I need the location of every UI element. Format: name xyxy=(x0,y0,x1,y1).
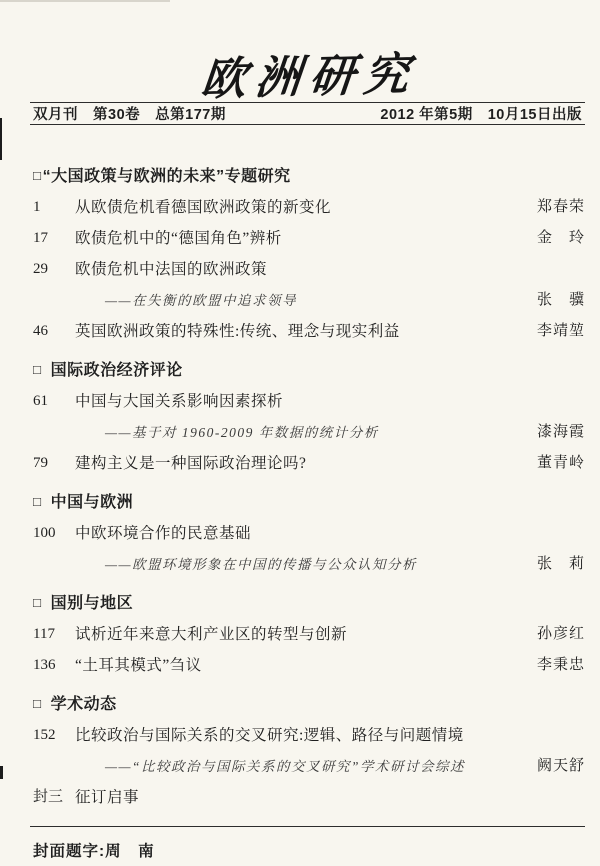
article-author: 董青岭 xyxy=(537,448,585,479)
section-heading: □学术动态 xyxy=(33,689,585,720)
article-author: 金 玲 xyxy=(537,223,585,254)
article-subtitle: ——基于对 1960-2009 年数据的统计分析 xyxy=(75,417,537,448)
toc-entry: 17 欧债危机中的“德国角色”辨析 金 玲 xyxy=(33,223,585,254)
article-title: 欧债危机中法国的欧洲政策 xyxy=(75,254,585,285)
toc-entry: 100 中欧环境合作的民意基础 xyxy=(33,518,585,549)
page-number: 17 xyxy=(33,223,75,254)
toc-entry: 152 比较政治与国际关系的交叉研究:逻辑、路径与问题情境 xyxy=(33,720,585,751)
journal-title: 欧洲研究 xyxy=(199,37,422,108)
page-number-spacer xyxy=(33,417,75,448)
section-title: 国际政治经济评论 xyxy=(51,362,183,379)
page-number: 封三 xyxy=(33,782,75,813)
page-number: 100 xyxy=(33,518,75,549)
article-title: 比较政治与国际关系的交叉研究:逻辑、路径与问题情境 xyxy=(75,720,585,751)
section-title: 学术动态 xyxy=(51,696,117,713)
cover-calligraphy-credit: 封面题字:周 南 xyxy=(33,839,585,861)
footer-rule xyxy=(30,826,585,827)
article-title: 建构主义是一种国际政治理论吗? xyxy=(75,448,537,479)
article-author: 张 莉 xyxy=(537,549,585,580)
section-box-icon: □ xyxy=(33,160,42,191)
masthead: 欧洲研究 xyxy=(0,0,600,102)
table-of-contents: □“大国政策与欧洲的未来”专题研究 1 从欧债危机看德国欧洲政策的新变化 郑春荣… xyxy=(33,161,585,813)
article-title: 试析近年来意大利产业区的转型与创新 xyxy=(75,619,537,650)
toc-entry: 117 试析近年来意大利产业区的转型与创新 孙彦红 xyxy=(33,619,585,650)
toc-entry-subtitle: ——基于对 1960-2009 年数据的统计分析 漆海霞 xyxy=(33,417,585,448)
article-subtitle: ——“比较政治与国际关系的交叉研究”学术研讨会综述 xyxy=(75,751,537,782)
page-number: 61 xyxy=(33,386,75,417)
article-author: 漆海霞 xyxy=(537,417,585,448)
section-heading: □“大国政策与欧洲的未来”专题研究 xyxy=(33,161,585,192)
section-box-icon: □ xyxy=(33,688,42,719)
article-subtitle: ——在失衡的欧盟中追求领导 xyxy=(75,285,537,316)
section-title: 国别与地区 xyxy=(51,595,134,612)
page-number-spacer xyxy=(33,285,75,316)
toc-entry: 61 中国与大国关系影响因素探析 xyxy=(33,386,585,417)
article-author: 孙彦红 xyxy=(537,619,585,650)
toc-entry: 136 “土耳其模式”刍议 李秉忠 xyxy=(33,650,585,681)
article-title: 从欧债危机看德国欧洲政策的新变化 xyxy=(75,192,537,223)
issue-info-left: 双月刊 第30卷 总第177期 xyxy=(33,103,226,124)
article-subtitle: ——欧盟环境形象在中国的传播与公众认知分析 xyxy=(75,549,537,580)
article-author: 郑春荣 xyxy=(537,192,585,223)
journal-toc-page: 欧洲研究 双月刊 第30卷 总第177期 2012 年第5期 10月15日出版 … xyxy=(0,0,600,866)
toc-entry-subtitle: ——在失衡的欧盟中追求领导 张 骥 xyxy=(33,285,585,316)
toc-entry: 46 英国欧洲政策的特殊性:传统、理念与现实利益 李靖堃 xyxy=(33,316,585,347)
article-author: 李靖堃 xyxy=(537,316,585,347)
section-heading: □国别与地区 xyxy=(33,588,585,619)
toc-entry-subtitle: ——欧盟环境形象在中国的传播与公众认知分析 张 莉 xyxy=(33,549,585,580)
article-author: 李秉忠 xyxy=(537,650,585,681)
toc-entry: 79 建构主义是一种国际政治理论吗? 董青岭 xyxy=(33,448,585,479)
article-title: “土耳其模式”刍议 xyxy=(75,650,537,681)
section-box-icon: □ xyxy=(33,486,42,517)
issue-bar: 双月刊 第30卷 总第177期 2012 年第5期 10月15日出版 xyxy=(30,102,585,125)
toc-entry: 29 欧债危机中法国的欧洲政策 xyxy=(33,254,585,285)
article-author: 阙天舒 xyxy=(537,751,585,782)
scan-artifact xyxy=(0,118,2,160)
article-title: 中国与大国关系影响因素探析 xyxy=(75,386,585,417)
page-number: 1 xyxy=(33,192,75,223)
page-number-spacer xyxy=(33,751,75,782)
section-heading: □中国与欧洲 xyxy=(33,487,585,518)
page-number-spacer xyxy=(33,549,75,580)
page-number: 79 xyxy=(33,448,75,479)
issue-info-right: 2012 年第5期 10月15日出版 xyxy=(380,103,582,124)
article-title: 征订启事 xyxy=(75,782,585,813)
section-box-icon: □ xyxy=(33,587,42,618)
page-number: 152 xyxy=(33,720,75,751)
section-heading: □国际政治经济评论 xyxy=(33,355,585,386)
scan-artifact xyxy=(0,766,3,779)
article-title: 欧债危机中的“德国角色”辨析 xyxy=(75,223,537,254)
page-number: 117 xyxy=(33,619,75,650)
section-title: “大国政策与欧洲的未来”专题研究 xyxy=(43,168,291,185)
toc-entry-subtitle: ——“比较政治与国际关系的交叉研究”学术研讨会综述 阙天舒 xyxy=(33,751,585,782)
page-number: 29 xyxy=(33,254,75,285)
page-number: 46 xyxy=(33,316,75,347)
page-number: 136 xyxy=(33,650,75,681)
section-title: 中国与欧洲 xyxy=(51,494,134,511)
scan-artifact xyxy=(0,0,170,2)
article-title: 英国欧洲政策的特殊性:传统、理念与现实利益 xyxy=(75,316,537,347)
article-title: 中欧环境合作的民意基础 xyxy=(75,518,585,549)
toc-entry: 1 从欧债危机看德国欧洲政策的新变化 郑春荣 xyxy=(33,192,585,223)
section-box-icon: □ xyxy=(33,354,42,385)
article-author: 张 骥 xyxy=(537,285,585,316)
toc-entry-cover3: 封三 征订启事 xyxy=(33,782,585,813)
